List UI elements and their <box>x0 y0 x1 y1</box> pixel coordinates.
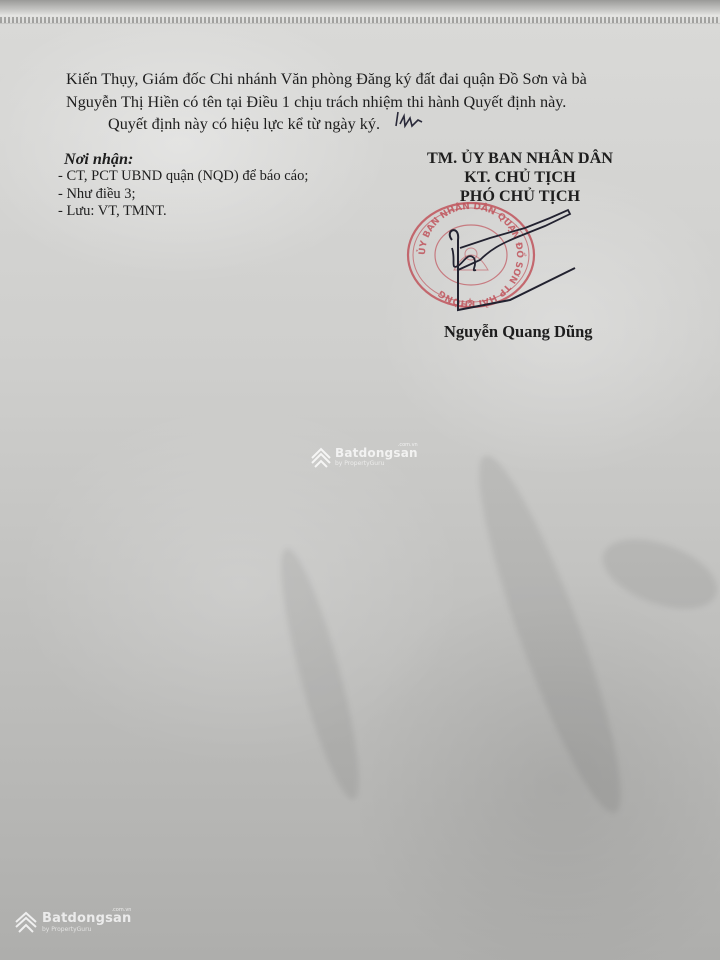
watermark-brand: Batdongsan <box>42 911 131 926</box>
signer-name: Nguyễn Quang Dũng <box>444 322 593 342</box>
paper-crease <box>457 445 643 823</box>
body-line-3: Quyết định này có hiệu lực kể từ ngày ký… <box>108 114 380 134</box>
watermark-tagline: by PropertyGuru <box>335 460 418 467</box>
body-line-1: Kiến Thụy, Giám đốc Chi nhánh Văn phòng … <box>66 69 587 89</box>
watermark-corner: Batdongsan by PropertyGuru .com.vn <box>14 908 124 936</box>
paper-crease <box>267 543 373 804</box>
watermark-tagline: by PropertyGuru <box>42 926 131 933</box>
batdongsan-logo-icon <box>14 910 38 934</box>
watermark-domain: .com.vn <box>111 907 131 913</box>
initials-scribble <box>394 108 424 130</box>
recipient-item: - CT, PCT UBND quận (NQD) để báo cáo; <box>58 166 308 186</box>
signature-title-1: TM. ỦY BAN NHÂN DÂN <box>400 148 640 168</box>
signature-title-2: KT. CHỦ TỊCH <box>400 167 640 187</box>
recipient-item: - Lưu: VT, TMNT. <box>58 201 167 221</box>
batdongsan-logo-icon <box>310 446 332 468</box>
watermark-domain: .com.vn <box>398 442 418 448</box>
watermark-brand: Batdongsan <box>335 446 418 460</box>
paper-crease <box>593 525 720 622</box>
sleeve-edge <box>0 17 720 23</box>
body-line-2: Nguyễn Thị Hiền có tên tại Điều 1 chịu t… <box>66 92 566 112</box>
handwritten-signature <box>430 200 590 320</box>
watermark-center: Batdongsan by PropertyGuru .com.vn <box>310 444 412 472</box>
